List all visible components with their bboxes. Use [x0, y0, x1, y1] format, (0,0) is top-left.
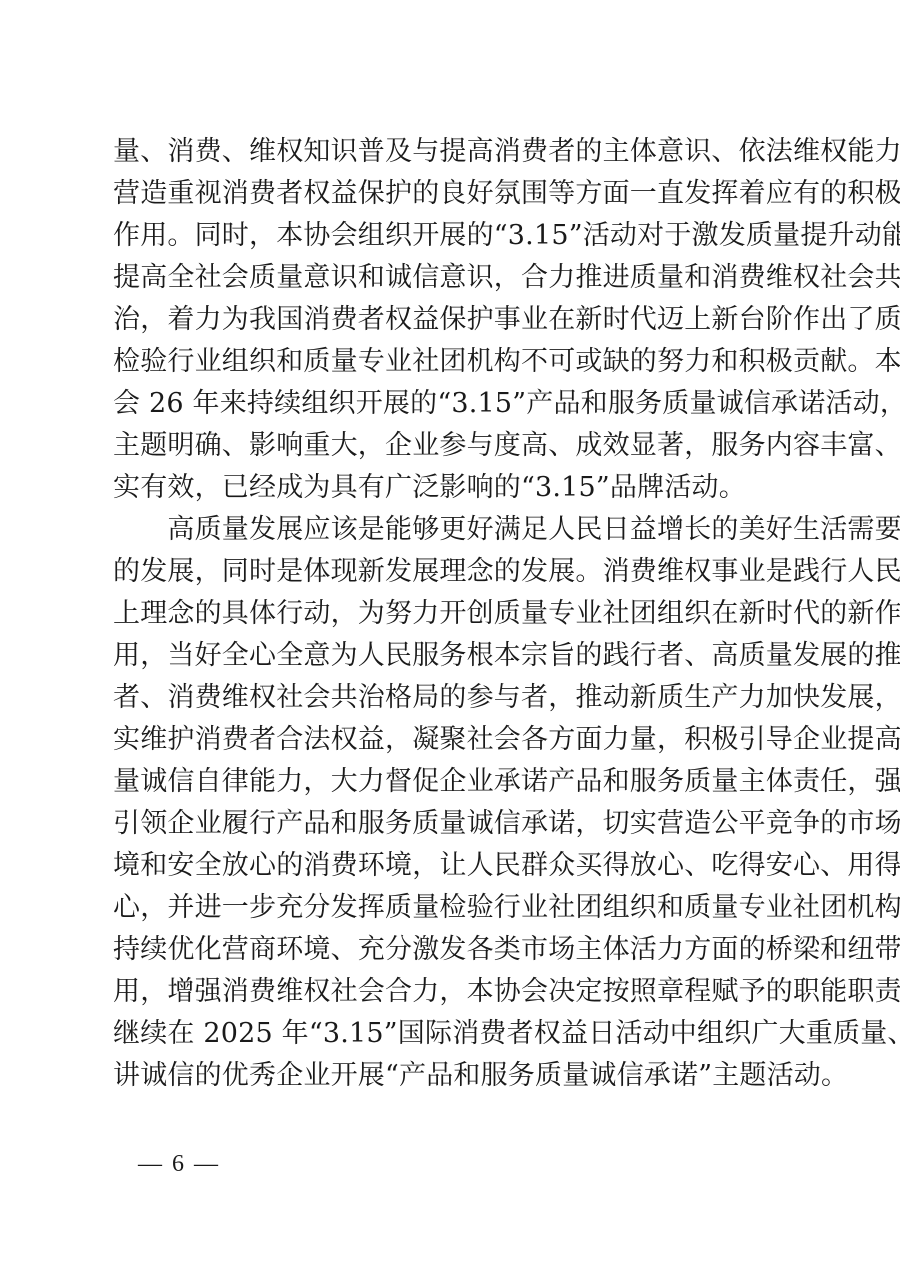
page-number: — 6 — [138, 1148, 220, 1180]
text-line: 持续优化营商环境、充分激发各类市场主体活力方面的桥梁和纽带作 [113, 929, 785, 971]
paragraph-2: 高质量发展应该是能够更好满足人民日益增长的美好生活需要 的发展，同时是体现新发展… [113, 509, 785, 1097]
text-line: 营造重视消费者权益保护的良好氛围等方面一直发挥着应有的积极 [113, 173, 785, 215]
text-line: 提高全社会质量意识和诚信意识，合力推进质量和消费维权社会共 [113, 257, 785, 299]
text-line: 高质量发展应该是能够更好满足人民日益增长的美好生活需要 [113, 509, 785, 551]
text-line: 检验行业组织和质量专业社团机构不可或缺的努力和积极贡献。本协 [113, 341, 785, 383]
text-line: 境和安全放心的消费环境，让人民群众买得放心、吃得安心、用得舒 [113, 845, 785, 887]
text-line: 主题明确、影响重大，企业参与度高、成效显著，服务内容丰富、切 [113, 425, 785, 467]
text-line: 上理念的具体行动，为努力开创质量专业社团组织在新时代的新作 [113, 593, 785, 635]
text-line: 心，并进一步充分发挥质量检验行业社团组织和质量专业社团机构在 [113, 887, 785, 929]
text-line: 会 26 年来持续组织开展的“3.15”产品和服务质量诚信承诺活动， [113, 383, 785, 425]
text-line: 用，增强消费维权社会合力，本协会决定按照章程赋予的职能职责， [113, 971, 785, 1013]
text-line: 的发展，同时是体现新发展理念的发展。消费维权事业是践行人民至 [113, 551, 785, 593]
text-line: 作用。同时，本协会组织开展的“3.15”活动对于激发质量提升动能， [113, 215, 785, 257]
text-line: 实维护消费者合法权益，凝聚社会各方面力量，积极引导企业提高质 [113, 719, 785, 761]
paragraph-1: 量、消费、维权知识普及与提高消费者的主体意识、依法维权能力并 营造重视消费者权益… [113, 131, 785, 509]
text-line: 治，着力为我国消费者权益保护事业在新时代迈上新台阶作出了质量 [113, 299, 785, 341]
text-line: 者、消费维权社会共治格局的参与者，推动新质生产力加快发展，切 [113, 677, 785, 719]
text-line: 继续在 2025 年“3.15”国际消费者权益日活动中组织广大重质量、 [113, 1013, 785, 1055]
text-line: 实有效，已经成为具有广泛影响的“3.15”品牌活动。 [113, 467, 785, 509]
text-line: 引领企业履行产品和服务质量诚信承诺，切实营造公平竞争的市场环 [113, 803, 785, 845]
text-line: 量诚信自律能力，大力督促企业承诺产品和服务质量主体责任，强化 [113, 761, 785, 803]
text-line: 用，当好全心全意为人民服务根本宗旨的践行者、高质量发展的推进 [113, 635, 785, 677]
text-line: 讲诚信的优秀企业开展“产品和服务质量诚信承诺”主题活动。 [113, 1055, 785, 1097]
text-line: 量、消费、维权知识普及与提高消费者的主体意识、依法维权能力并 [113, 131, 785, 173]
document-body: 量、消费、维权知识普及与提高消费者的主体意识、依法维权能力并 营造重视消费者权益… [113, 131, 785, 1097]
